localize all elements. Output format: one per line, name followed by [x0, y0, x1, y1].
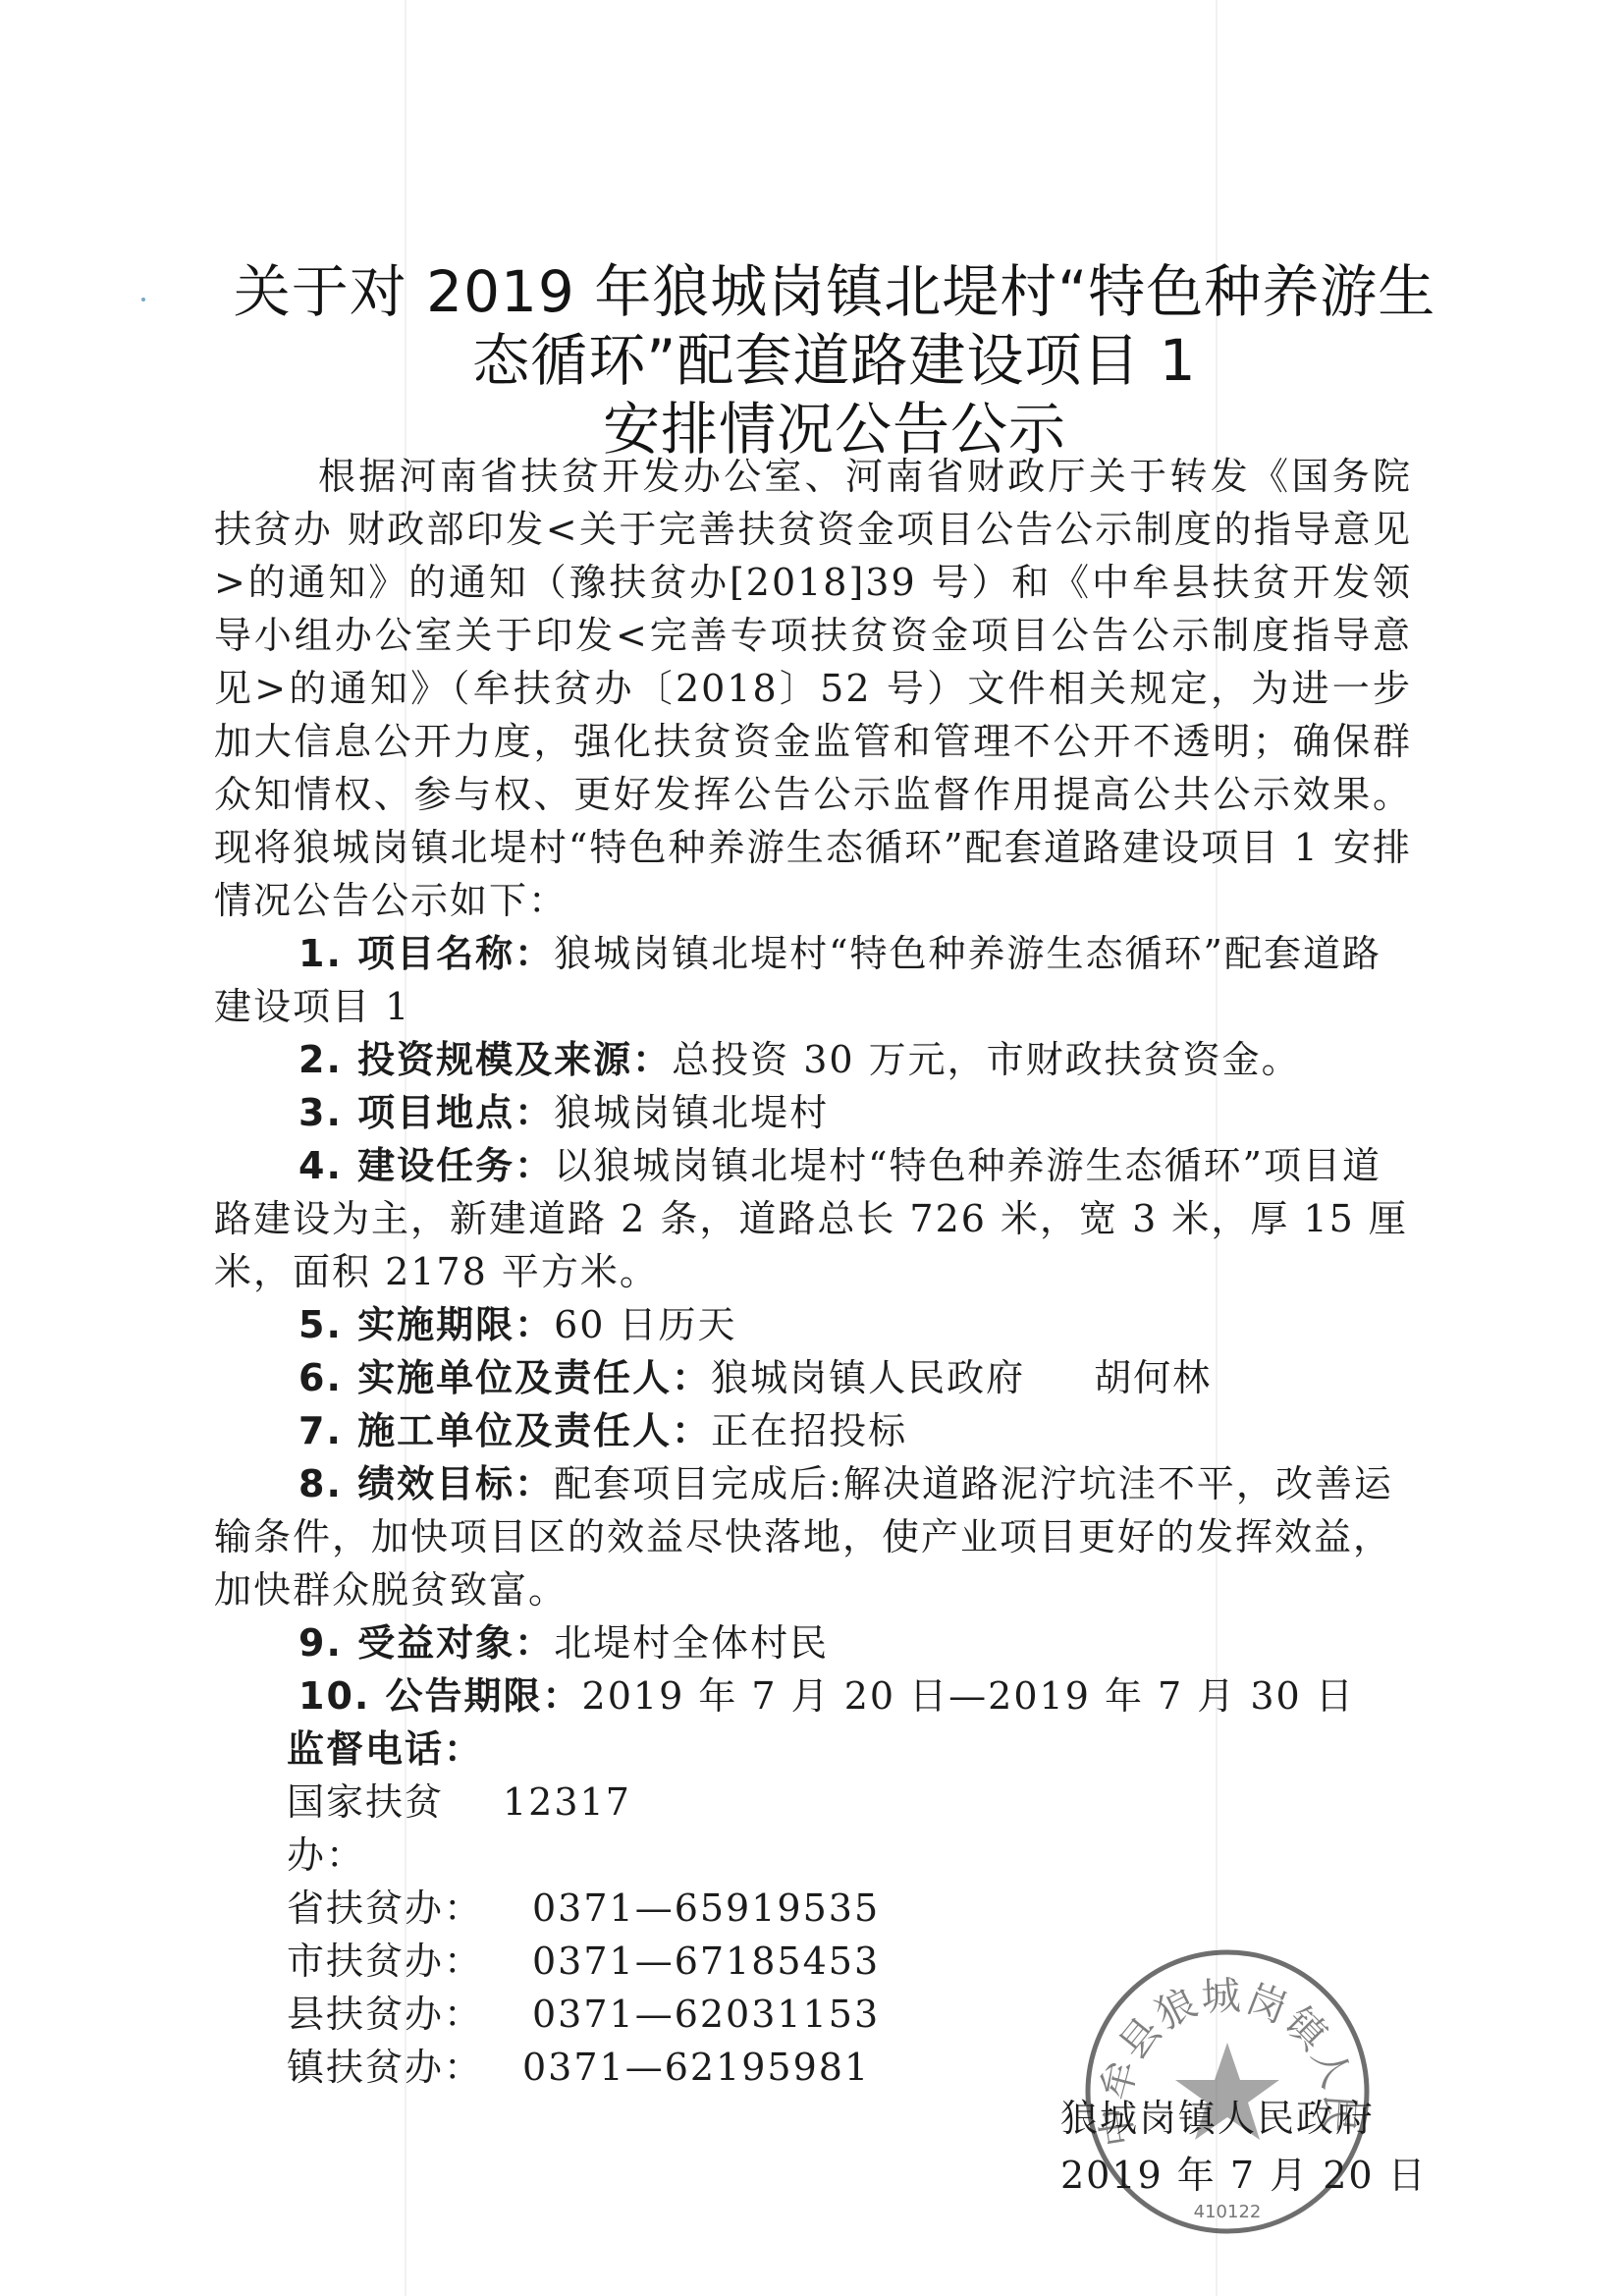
title-line-1: 关于对 2019 年狼城岗镇北堤村“特色种养游生	[196, 257, 1473, 326]
item-notice-period: 10. 公告期限：2019 年 7 月 20 日—2019 年 7 月 30 日	[214, 1669, 1412, 1722]
item-performance-goal: 8. 绩效目标：配套项目完成后:解决道路泥泞坑洼不平，改善运输条件，加快项目区的…	[214, 1457, 1412, 1616]
item-label: 2. 投资规模及来源：	[298, 1038, 672, 1081]
phone-office: 国家扶贫办：	[287, 1776, 503, 1882]
item-value: 狼城岗镇北堤村	[554, 1091, 829, 1134]
item-label: 7. 施工单位及责任人：	[298, 1409, 711, 1452]
scan-speck	[141, 298, 145, 301]
phone-row-national: 国家扶贫办： 12317	[287, 1776, 1412, 1882]
item-label: 1. 项目名称：	[298, 932, 554, 975]
svg-text:410122: 410122	[1194, 2202, 1262, 2222]
item-label: 9. 受益对象：	[298, 1621, 554, 1665]
phone-office: 市扶贫办：	[287, 1935, 532, 1988]
signing-date: 2019 年 7 月 20 日	[1060, 2147, 1428, 2204]
item-label: 6. 实施单位及责任人：	[298, 1356, 711, 1399]
item-implementing-unit: 6. 实施单位及责任人：狼城岗镇人民政府胡何林	[214, 1351, 1412, 1404]
item-label: 4. 建设任务：	[298, 1144, 554, 1187]
item-construction-unit: 7. 施工单位及责任人：正在招投标	[214, 1404, 1412, 1457]
item-investment: 2. 投资规模及来源：总投资 30 万元，市财政扶贫资金。	[214, 1033, 1412, 1086]
item-value: 总投资 30 万元，市财政扶贫资金。	[672, 1038, 1301, 1081]
item-label: 3. 项目地点：	[298, 1091, 554, 1134]
phone-row-province: 省扶贫办： 0371—65919535	[287, 1882, 1412, 1935]
signing-organization: 狼城岗镇人民政府	[1060, 2090, 1428, 2147]
phone-office: 镇扶贫办：	[287, 2041, 522, 2094]
item-label: 5. 实施期限：	[298, 1303, 554, 1346]
responsible-person: 胡何林	[1094, 1356, 1212, 1399]
phone-number: 12317	[503, 1776, 631, 1882]
item-value: 60 日历天	[554, 1303, 736, 1346]
intro-paragraph: 根据河南省扶贫开发办公室、河南省财政厅关于转发《国务院扶贫办 财政部印发<关于完…	[214, 450, 1412, 927]
item-label: 10. 公告期限：	[298, 1674, 582, 1718]
item-construction-task: 4. 建设任务：以狼城岗镇北堤村“特色种养游生态循环”项目道路建设为主，新建道路…	[214, 1139, 1412, 1298]
phone-office: 省扶贫办：	[287, 1882, 532, 1935]
phone-office: 县扶贫办：	[287, 1988, 532, 2041]
item-beneficiaries: 9. 受益对象：北堤村全体村民	[214, 1616, 1412, 1669]
title-line-2: 态循环”配套道路建设项目 1	[196, 326, 1473, 395]
item-label: 8. 绩效目标：	[298, 1462, 554, 1505]
item-value: 狼城岗镇人民政府	[711, 1356, 1025, 1399]
phone-number: 0371—65919535	[532, 1882, 880, 1935]
item-value: 北堤村全体村民	[554, 1621, 829, 1665]
document-title: 关于对 2019 年狼城岗镇北堤村“特色种养游生 态循环”配套道路建设项目 1 …	[196, 257, 1473, 464]
item-location: 3. 项目地点：狼城岗镇北堤村	[214, 1086, 1412, 1139]
document-body: 根据河南省扶贫开发办公室、河南省财政厅关于转发《国务院扶贫办 财政部印发<关于完…	[214, 450, 1412, 2094]
item-project-name: 1. 项目名称：狼城岗镇北堤村“特色种养游生态循环”配套道路建设项目 1	[214, 927, 1412, 1033]
phone-number: 0371—62195981	[522, 2041, 870, 2094]
signature-block: 狼城岗镇人民政府 2019 年 7 月 20 日	[1060, 2090, 1428, 2204]
item-value: 2019 年 7 月 20 日—2019 年 7 月 30 日	[582, 1674, 1355, 1718]
phone-number: 0371—62031153	[532, 1988, 880, 2041]
item-duration: 5. 实施期限：60 日历天	[214, 1298, 1412, 1351]
supervision-heading: 监督电话：	[287, 1722, 1412, 1776]
item-value: 正在招投标	[711, 1409, 907, 1452]
phone-number: 0371—67185453	[532, 1935, 880, 1988]
